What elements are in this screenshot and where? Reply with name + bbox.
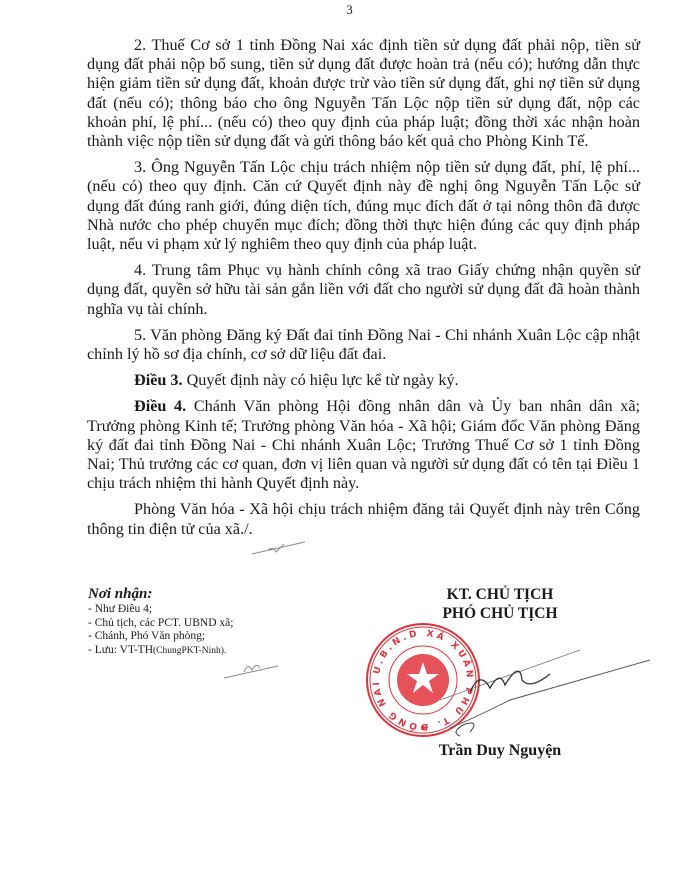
recipient-item: - Lưu: VT-TH(ChungPKT-Ninh). — [88, 644, 233, 659]
signer-name: Trần Duy Nguyện — [400, 742, 600, 760]
paragraph-item-2: 2. Thuế Cơ sở 1 tỉnh Đồng Nai xác định t… — [87, 36, 640, 151]
recipients-title: Nơi nhận: — [88, 586, 233, 603]
paragraph-article-4: Điều 4. Chánh Văn phòng Hội đồng nhân dâ… — [87, 397, 640, 493]
recipient-item: - Chánh, Phó Văn phòng; — [88, 630, 233, 644]
page-number: 3 — [0, 2, 699, 18]
signature-title: KT. CHỦ TỊCH PHÓ CHỦ TỊCH — [400, 585, 600, 623]
paragraph-article-3: Điều 3. Quyết định này có hiệu lực kể từ… — [87, 371, 640, 390]
recipient-item: - Như Điều 4; — [88, 603, 233, 617]
initial-mark-icon — [250, 538, 310, 558]
paragraph-item-4: 4. Trung tâm Phục vụ hành chính công xã … — [87, 261, 640, 319]
paragraph-publication: Phòng Văn hóa - Xã hội chịu trách nhiệm … — [87, 500, 640, 538]
recipient-item: - Chủ tịch, các PCT. UBND xã; — [88, 617, 233, 631]
initial-mark-icon — [222, 658, 282, 682]
paragraph-item-5: 5. Văn phòng Đăng ký Đất đai tỉnh Đồng N… — [87, 326, 640, 364]
recipients-block: Nơi nhận: - Như Điều 4; - Chủ tịch, các … — [88, 586, 233, 658]
document-body: 2. Thuế Cơ sở 1 tỉnh Đồng Nai xác định t… — [87, 36, 640, 546]
handwritten-signature-icon — [410, 640, 660, 740]
paragraph-item-3: 3. Ông Nguyễn Tấn Lộc chịu trách nhiệm n… — [87, 158, 640, 254]
